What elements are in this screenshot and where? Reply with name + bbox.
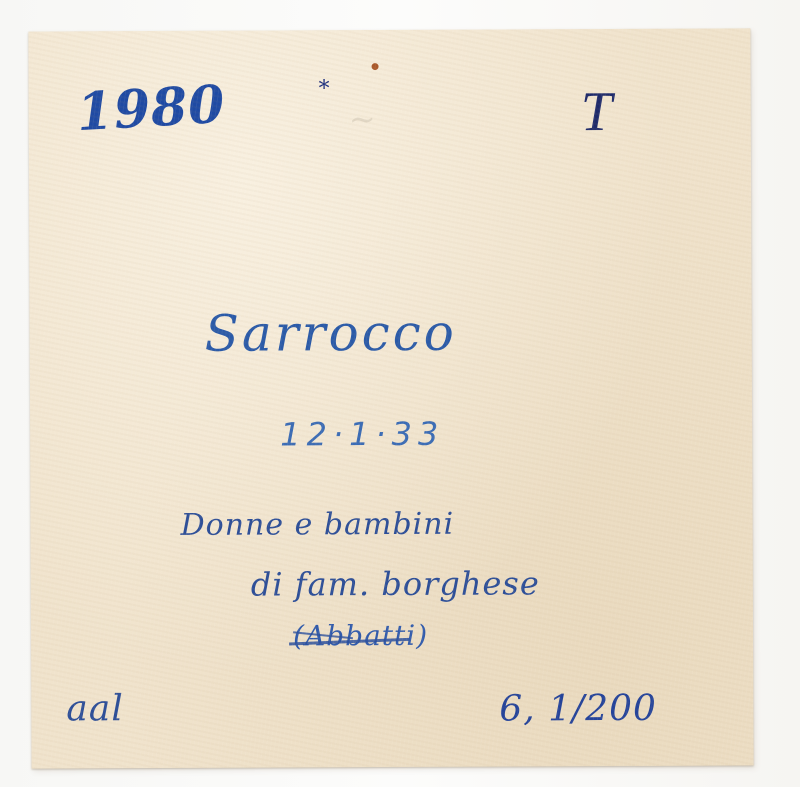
card-year: 1980 [75, 79, 226, 139]
star-icon: * [319, 78, 331, 100]
archival-card: ~ 1980 * T Sarrocco 12·1·33 Donne e bamb… [28, 28, 753, 768]
rust-stain [372, 63, 379, 70]
exposure-setting: 6, 1/200 [499, 691, 657, 728]
crossed-out-text: (Abbatti) [293, 622, 428, 651]
initials: aal [66, 691, 124, 727]
description-line-2: di fam. borghese [251, 567, 540, 600]
surname: Sarrocco [205, 308, 457, 359]
corner-letter: T [581, 84, 613, 140]
card-date: 12·1·33 [280, 418, 444, 451]
faint-pencil-erasure: ~ [349, 100, 376, 138]
photo-background: ~ 1980 * T Sarrocco 12·1·33 Donne e bamb… [0, 0, 800, 787]
description-line-1: Donne e bambini [180, 510, 454, 541]
